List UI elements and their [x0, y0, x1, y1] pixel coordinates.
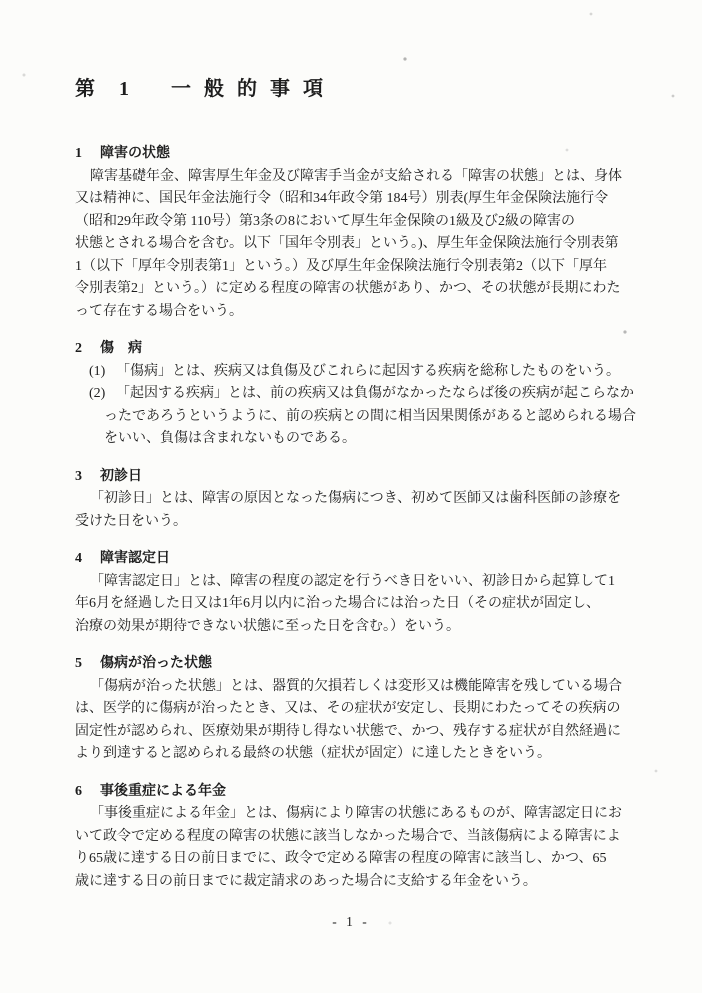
paragraph-line: 状態とされる場合を含む。以下「国年令別表」という。)、厚生年金保険法施行令別表第 — [75, 233, 640, 256]
section-title: 初診日 — [100, 469, 142, 484]
section-title: 障害認定日 — [100, 551, 170, 566]
section-title: 事後重症による年金 — [100, 784, 226, 799]
section-number: 2 — [75, 338, 100, 361]
section-heading: 5傷病が治った状態 — [75, 653, 640, 676]
section-title: 傷 病 — [100, 341, 142, 356]
section-number: 1 — [75, 143, 100, 166]
list-item-text: 「起因する疾病」とは、前の疾病又は負傷がなかったならば後の疾病が起こらなか — [116, 386, 634, 401]
paragraph-line: 治療の効果が期待できない状態に至った日を含む。）をいう。 — [75, 616, 640, 639]
paragraph-line: いて政令で定める程度の障害の状態に該当しなかった場合で、当該傷病による障害によ — [75, 826, 640, 849]
paragraph-line: 「傷病が治った状態」とは、器質的欠損若しくは変形又は機能障害を残している場合 — [75, 676, 640, 699]
list-item-label: (1) — [89, 361, 111, 384]
title-text: 一般的事項 — [171, 78, 336, 100]
list-item: (1)「傷病」とは、疾病又は負傷及びこれらに起因する疾病を総称したものをいう。 — [75, 361, 640, 384]
document-page: 第 1一般的事項 1障害の状態 障害基礎年金、障害厚生年金及び障害手当金が支給さ… — [0, 0, 702, 993]
section-number: 6 — [75, 781, 100, 804]
section-disability-state: 1障害の状態 障害基礎年金、障害厚生年金及び障害手当金が支給される「障害の状態」… — [75, 143, 640, 323]
paragraph-line: 令別表第2」という。）に定める程度の障害の状態があり、かつ、その状態が長期にわた — [75, 278, 640, 301]
section-number: 4 — [75, 548, 100, 571]
section-post-onset-aggravation-pension: 6事後重症による年金 「事後重症による年金」とは、傷病により障害の状態にあるもの… — [75, 781, 640, 894]
section-number: 5 — [75, 653, 100, 676]
paragraph-line: より到達すると認められる最終の状態（症状が固定）に達したときをいう。 — [75, 743, 640, 766]
section-heading: 6事後重症による年金 — [75, 781, 640, 804]
paragraph-line: をいい、負傷は含まれないものである。 — [75, 428, 640, 451]
section-number: 3 — [75, 466, 100, 489]
paragraph-line: 1（以下「厚年令別表第1」という。）及び厚生年金保険法施行令別表第2（以下「厚年 — [75, 256, 640, 279]
section-heading: 4障害認定日 — [75, 548, 640, 571]
paragraph-line: 又は精神に、国民年金法施行令（昭和34年政令第 184号）別表(厚生年金保険法施… — [75, 188, 640, 211]
section-healed-state: 5傷病が治った状態 「傷病が治った状態」とは、器質的欠損若しくは変形又は機能障害… — [75, 653, 640, 766]
paragraph-line: 年6月を経過した日又は1年6月以内に治った場合には治った日（その症状が固定し、 — [75, 593, 640, 616]
section-heading: 3初診日 — [75, 466, 640, 489]
paragraph-line: 「初診日」とは、障害の原因となった傷病につき、初めて医師又は歯科医師の診療を — [75, 488, 640, 511]
section-injury-illness: 2傷 病 (1)「傷病」とは、疾病又は負傷及びこれらに起因する疾病を総称したもの… — [75, 338, 640, 451]
paragraph-line: 「障害認定日」とは、障害の程度の認定を行うべき日をいい、初診日から起算して1 — [75, 571, 640, 594]
paragraph-line: は、医学的に傷病が治ったとき、又は、その症状が安定し、長期にわたってその疾病の — [75, 698, 640, 721]
list-item-text: 「傷病」とは、疾病又は負傷及びこれらに起因する疾病を総称したものをいう。 — [116, 364, 620, 379]
section-heading: 2傷 病 — [75, 338, 640, 361]
paragraph-line: 「事後重症による年金」とは、傷病により障害の状態にあるものが、障害認定日にお — [75, 803, 640, 826]
paragraph-line: 受けた日をいう。 — [75, 511, 640, 534]
page-number: - 1 - — [0, 911, 702, 934]
paragraph-line: 固定性が認められ、医療効果が期待し得ない状態で、かつ、残存する症状が自然経過に — [75, 721, 640, 744]
paragraph-line: （昭和29年政令第 110号）第3条の8において厚生年金保険の1級及び2級の障害… — [75, 211, 640, 234]
paragraph-line: って存在する場合をいう。 — [75, 301, 640, 324]
paragraph-line: 歳に達する日の前日までに裁定請求のあった場合に支給する年金をいう。 — [75, 871, 640, 894]
list-item: (2)「起因する疾病」とは、前の疾病又は負傷がなかったならば後の疾病が起こらなか — [75, 383, 640, 406]
paragraph-line: り65歳に達する日の前日までに、政令で定める障害の程度の障害に該当し、かつ、65 — [75, 848, 640, 871]
section-title: 障害の状態 — [100, 146, 170, 161]
section-title: 傷病が治った状態 — [100, 656, 212, 671]
paragraph-line: 障害基礎年金、障害厚生年金及び障害手当金が支給される「障害の状態」とは、身体 — [75, 166, 640, 189]
scan-noise — [0, 0, 2, 2]
title-number: 第 1 — [75, 78, 131, 100]
section-heading: 1障害の状態 — [75, 143, 640, 166]
paragraph-line: ったであろうというように、前の疾病との間に相当因果関係があると認められる場合 — [75, 406, 640, 429]
list-item-label: (2) — [89, 383, 111, 406]
page-title: 第 1一般的事項 — [75, 76, 640, 102]
section-first-medical-exam-date: 3初診日 「初診日」とは、障害の原因となった傷病につき、初めて医師又は歯科医師の… — [75, 466, 640, 534]
section-disability-certification-date: 4障害認定日 「障害認定日」とは、障害の程度の認定を行うべき日をいい、初診日から… — [75, 548, 640, 638]
